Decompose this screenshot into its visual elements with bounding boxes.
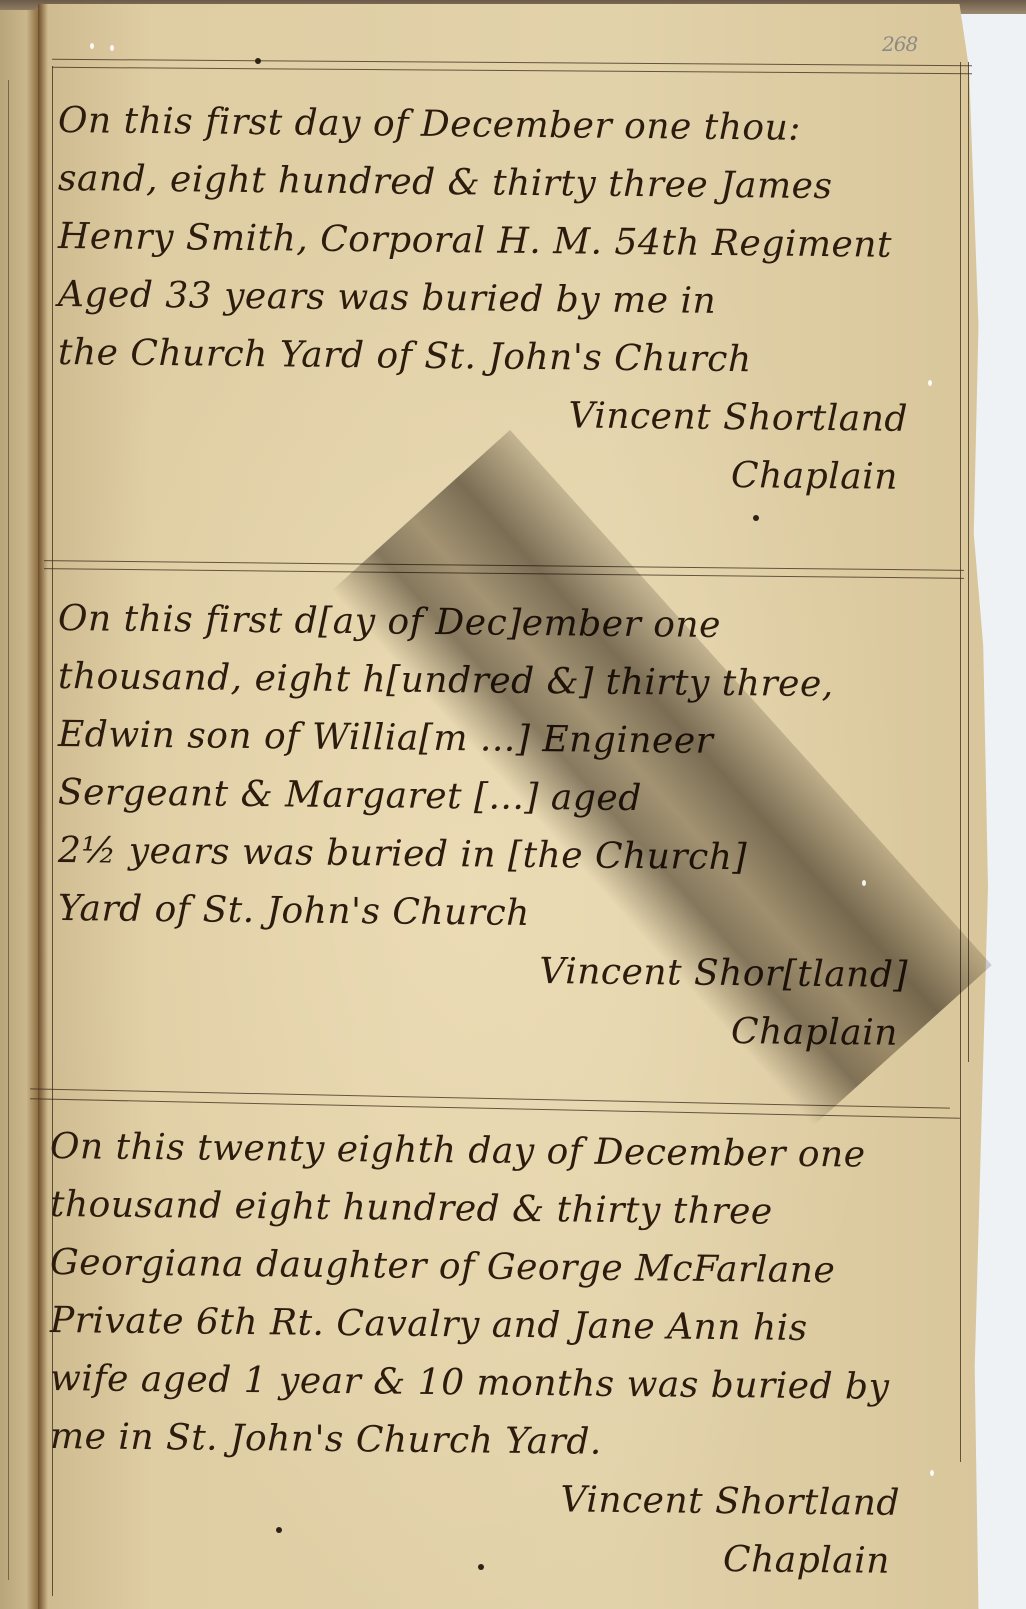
entry-line: Private 6th Rt. Cavalry and Jane Ann his: [50, 1292, 951, 1359]
foxing-spot: [753, 515, 759, 521]
chaplain-title: Chaplain: [50, 1524, 951, 1591]
entry-line: sand, eight hundred & thirty three James: [58, 150, 959, 217]
left-page-rule: [8, 80, 9, 1580]
folio-number: 268: [882, 32, 917, 56]
chaplain-signature: Vincent Shortland: [50, 1466, 951, 1533]
burial-entry-3: On this twenty eighth day of December on…: [50, 1118, 950, 1582]
entry-line: On this twenty eighth day of December on…: [50, 1118, 951, 1185]
pin-hole: [928, 380, 932, 386]
entry-line: Georgiana daughter of George McFarlane: [50, 1234, 951, 1301]
foxing-spot: [276, 1527, 282, 1533]
page-binding-shadow: [38, 4, 48, 1609]
pin-hole: [110, 45, 114, 51]
entry-line: the Church Yard of St. John's Church: [58, 324, 959, 391]
pin-hole: [90, 43, 94, 49]
entry-line: wife aged 1 year & 10 months was buried …: [50, 1350, 951, 1417]
foxing-spot: [255, 58, 261, 64]
right-margin-rule: [960, 62, 961, 1462]
pin-hole: [930, 1470, 934, 1476]
entry-line: Aged 33 years was buried by me in: [58, 266, 959, 333]
pin-hole: [862, 880, 866, 886]
foxing-spot: [478, 1564, 484, 1570]
entry-line: thousand eight hundred & thirty three: [50, 1176, 951, 1243]
entry-line: me in St. John's Church Yard.: [50, 1408, 951, 1475]
entry-line: On this first day of December one thou:: [58, 92, 959, 159]
entry-line: Henry Smith, Corporal H. M. 54th Regimen…: [58, 208, 959, 275]
right-margin-rule-outer: [968, 62, 969, 1062]
